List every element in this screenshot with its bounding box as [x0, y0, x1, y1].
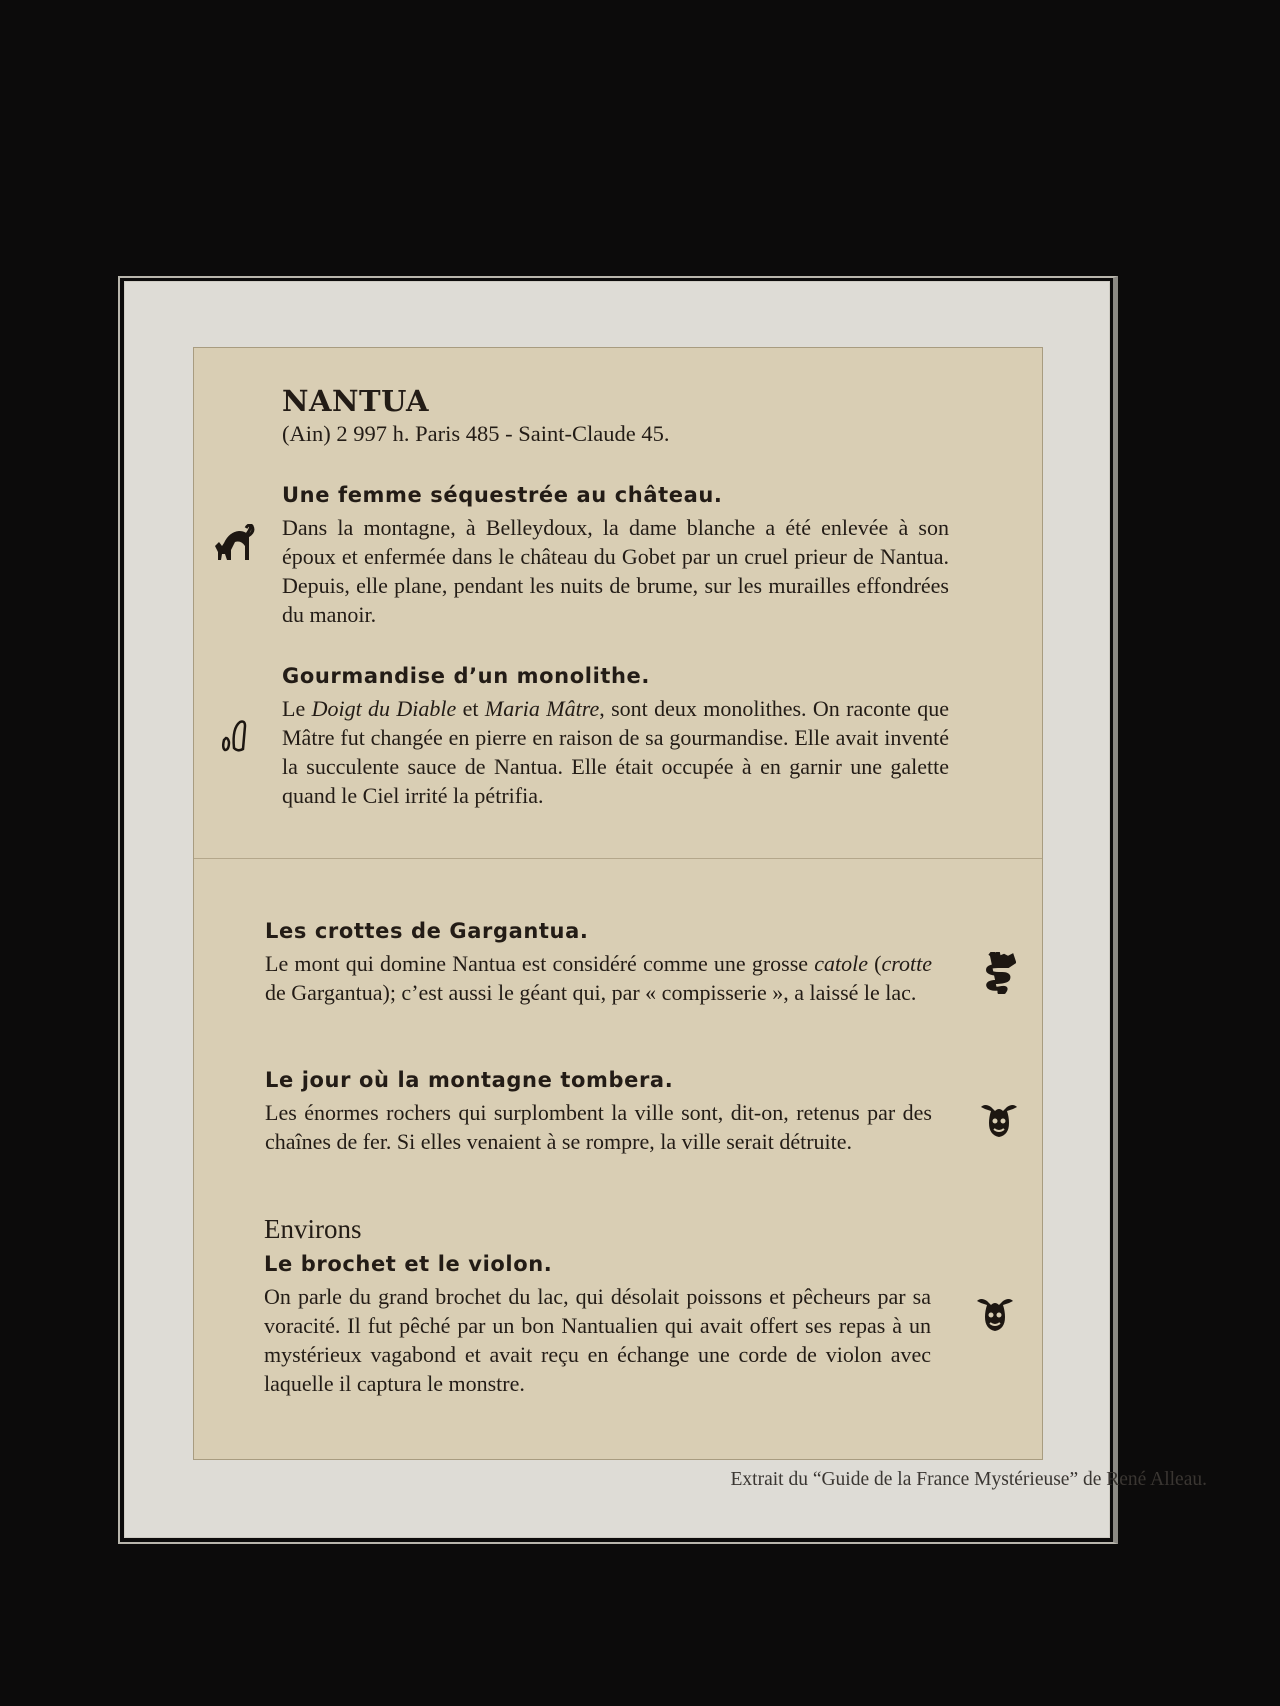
black-cat-icon [211, 524, 255, 568]
section-heading-gourmandise: Gourmandise d’un monolithe. [282, 664, 650, 688]
section-body-gourmandise: Le Doigt du Diable et Maria Mâtre, sont … [282, 694, 949, 810]
section-heading-montagne: Le jour où la montagne tombera. [265, 1068, 673, 1092]
standing-stones-icon [220, 718, 248, 758]
section-body-femme: Dans la montagne, à Belleydoux, la dame … [282, 513, 949, 629]
demon-mask-icon [975, 1297, 1015, 1337]
section-heading-crottes: Les crottes de Gargantua. [265, 919, 588, 943]
section-body-crottes: Le mont qui domine Nantua est considéré … [265, 949, 932, 1007]
environs-label: Environs [264, 1214, 362, 1245]
fold-line [194, 858, 1042, 859]
guide-page: NANTUA (Ain) 2 997 h. Paris 485 - Saint-… [193, 347, 1043, 1460]
section-body-brochet: On parle du grand brochet du lac, qui dé… [264, 1282, 931, 1398]
section-heading-brochet: Le brochet et le violon. [264, 1252, 552, 1276]
serpent-icon [980, 952, 1016, 998]
source-caption: Extrait du “Guide de la France Mystérieu… [731, 1469, 1208, 1491]
page-subtitle: (Ain) 2 997 h. Paris 485 - Saint-Claude … [282, 421, 669, 447]
page-title: NANTUA [282, 384, 429, 418]
section-body-montagne: Les énormes rochers qui surplombent la v… [265, 1098, 932, 1156]
demon-mask-icon [979, 1103, 1019, 1143]
section-heading-femme: Une femme séquestrée au château. [282, 483, 723, 507]
